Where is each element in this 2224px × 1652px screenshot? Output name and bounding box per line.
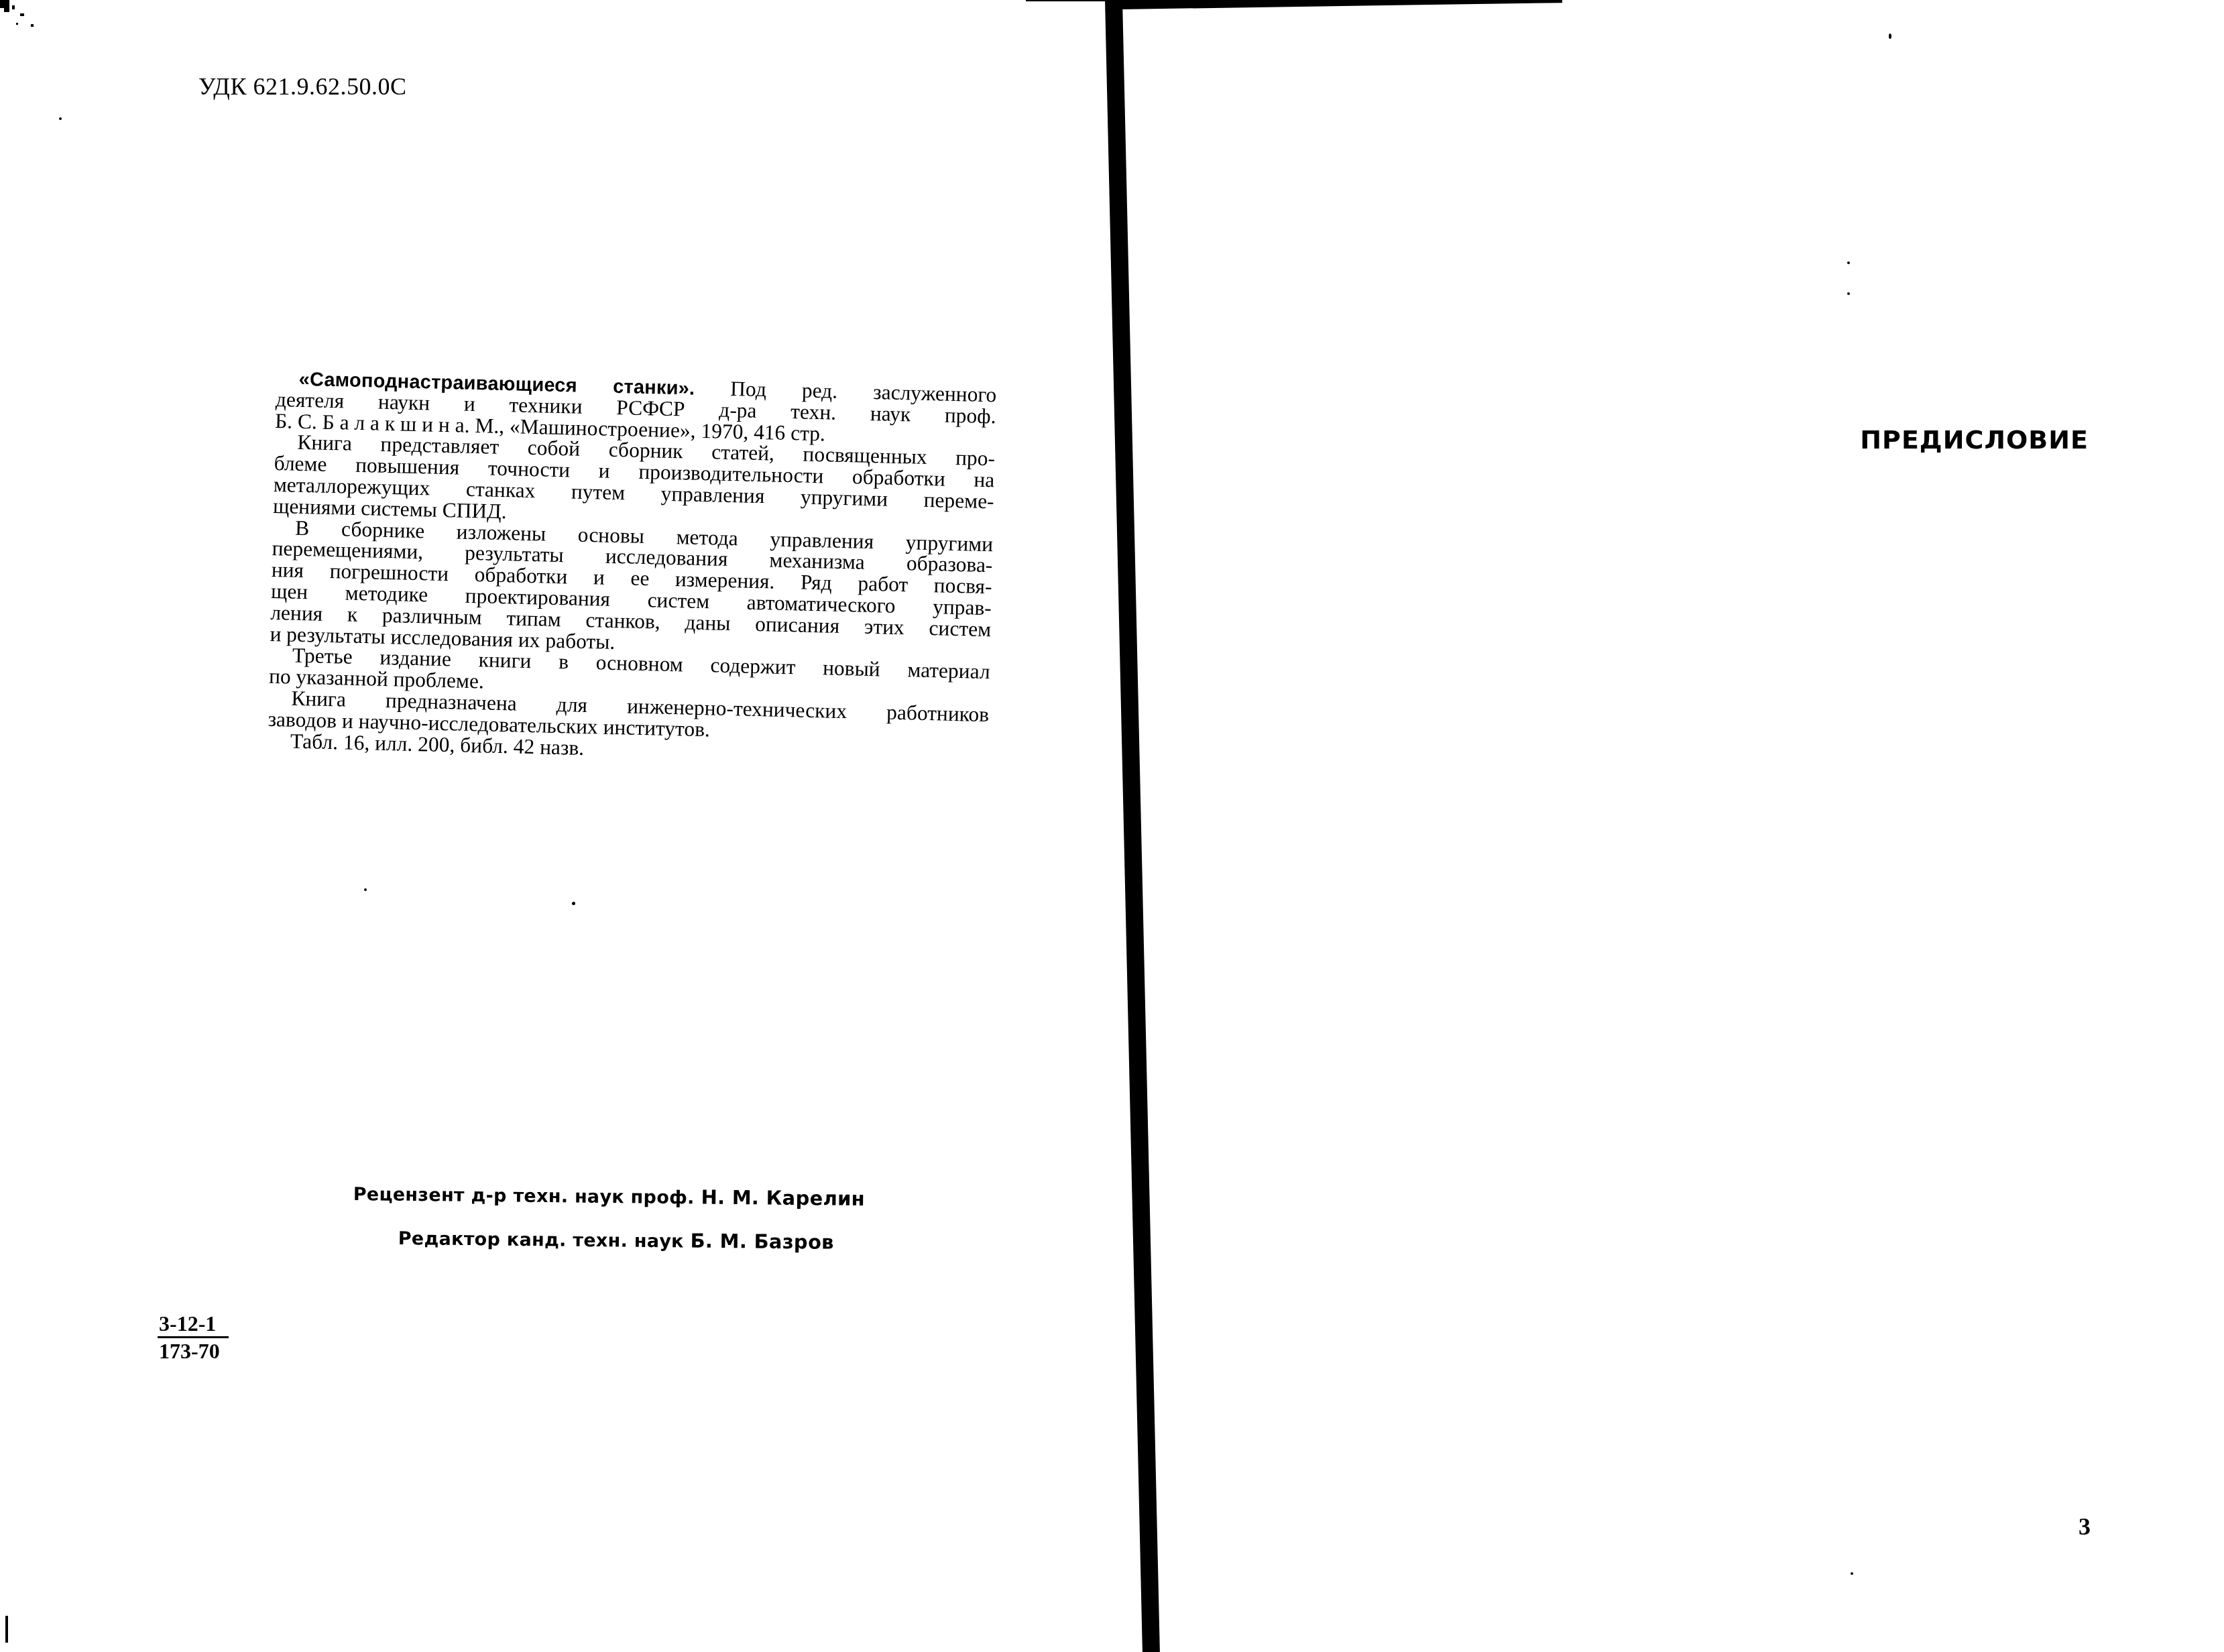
reviewer-credit: Рецензент д-р техн. наук проф. Н. М. Кар… xyxy=(353,1182,866,1210)
scan-speck xyxy=(572,902,575,905)
page-number: 3 xyxy=(2079,1513,2091,1541)
scan-speck xyxy=(1889,34,1891,39)
editor-role: Редактор канд. техн. наук xyxy=(398,1228,684,1252)
publisher-code: 3-12-1 173-70 xyxy=(158,1311,229,1364)
scan-speck xyxy=(5,1616,8,1643)
editor-credit: Редактор канд. техн. наук Б. М. Базров xyxy=(398,1226,834,1254)
scan-speck xyxy=(59,117,62,120)
section-heading: ПРЕДИСЛОВИЕ xyxy=(1860,425,2089,455)
scan-speck xyxy=(364,888,367,891)
scan-noise-corner xyxy=(0,0,40,30)
publisher-code-denominator: 173-70 xyxy=(158,1338,229,1364)
editor-name: Б. М. Базров xyxy=(690,1230,834,1254)
publisher-code-numerator: 3-12-1 xyxy=(158,1311,229,1338)
scan-speck xyxy=(1851,1572,1853,1575)
scan-speck xyxy=(1847,292,1850,295)
reviewer-name: Н. М. Карелин xyxy=(701,1185,865,1210)
udk-code: УДК 621.9.62.50.0С xyxy=(198,72,406,101)
bibliographic-abstract: «Самоподнастраивающиеся станки». Под ред… xyxy=(268,367,997,768)
left-page: УДК 621.9.62.50.0С «Самоподнастраивающие… xyxy=(0,0,1126,1652)
scan-speck xyxy=(1847,261,1850,264)
reviewer-role: Рецензент д-р техн. наук проф. xyxy=(353,1184,695,1208)
scan-speck xyxy=(1149,1535,1154,1540)
right-page: ПРЕДИСЛОВИЕ Решающими проблемами машинос… xyxy=(1140,0,2224,1652)
